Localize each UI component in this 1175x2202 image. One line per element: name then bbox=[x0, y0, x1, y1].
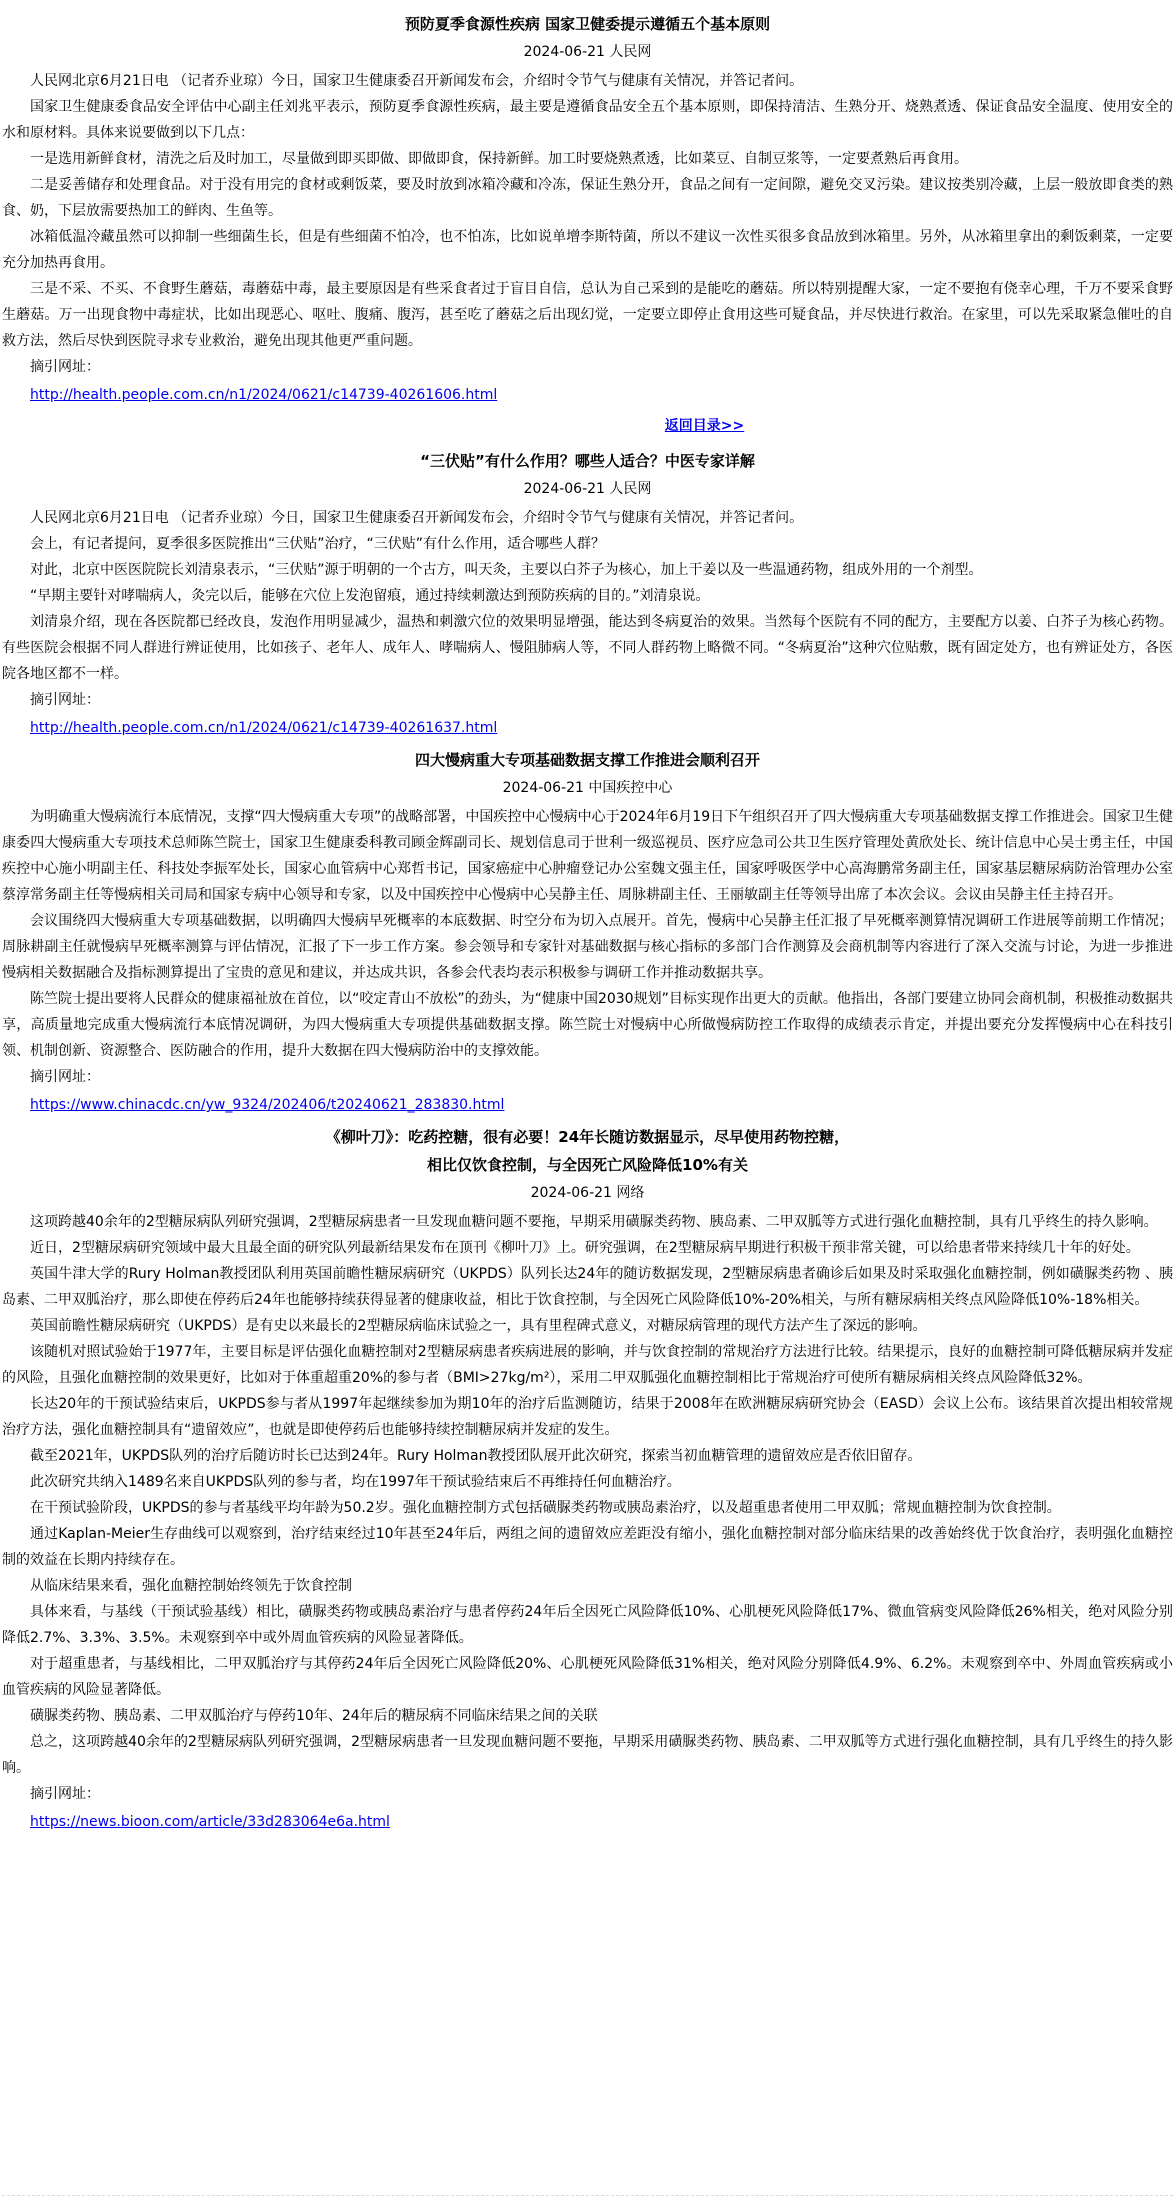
source-label: 摘引网址： bbox=[2, 1064, 1173, 1091]
article-paragraph: 总之，这项跨越40余年的2型糖尿病队列研究强调，2型糖尿病患者一旦发现血糖问题不… bbox=[2, 1729, 1173, 1781]
article-paragraph: 英国牛津大学的Rury Holman教授团队利用英国前瞻性糖尿病研究（UKPDS… bbox=[2, 1261, 1173, 1313]
article-paragraph: 人民网北京6月21日电 （记者乔业琼）今日，国家卫生健康委召开新闻发布会，介绍时… bbox=[2, 505, 1173, 531]
source-label: 摘引网址： bbox=[2, 687, 1173, 714]
source-link-line: http://health.people.com.cn/n1/2024/0621… bbox=[2, 381, 1173, 409]
article-paragraph: 国家卫生健康委食品安全评估中心副主任刘兆平表示，预防夏季食源性疾病，最主要是遵循… bbox=[2, 94, 1173, 146]
article-paragraph: 该随机对照试验始于1977年，主要目标是评估强化血糖控制对2型糖尿病患者疾病进展… bbox=[2, 1339, 1173, 1391]
article-paragraph: 人民网北京6月21日电 （记者乔业琼）今日，国家卫生健康委召开新闻发布会，介绍时… bbox=[2, 68, 1173, 94]
article-paragraph: 会上，有记者提问，夏季很多医院推出“三伏贴”治疗，“三伏贴”有什么作用，适合哪些… bbox=[2, 531, 1173, 557]
source-link[interactable]: https://www.chinacdc.cn/yw_9324/202406/t… bbox=[30, 1097, 504, 1113]
article-title: “三伏贴”有什么作用？哪些人适合？中医专家详解 bbox=[2, 447, 1173, 475]
article-food-safety: 预防夏季食源性疾病 国家卫健委提示遵循五个基本原则 2024-06-21 人民网… bbox=[2, 6, 1173, 409]
article-lancet-ukpds: 《柳叶刀》：吃药控糖，很有必要！24年长随访数据显示，尽早使用药物控糖， 相比仅… bbox=[2, 1119, 1173, 1836]
source-link[interactable]: http://health.people.com.cn/n1/2024/0621… bbox=[30, 720, 497, 736]
article-date: 2024-06-21 人民网 bbox=[2, 38, 1173, 66]
source-link-line: http://health.people.com.cn/n1/2024/0621… bbox=[2, 714, 1173, 742]
article-paragraph: 会议围绕四大慢病重大专项基础数据，以明确四大慢病早死概率的本底数据、时空分布为切… bbox=[2, 908, 1173, 986]
article-paragraph: 陈竺院士提出要将人民群众的健康福祉放在首位，以“咬定青山不放松”的劲头，为“健康… bbox=[2, 986, 1173, 1064]
article-title-line-2: 相比仅饮食控制，与全因死亡风险降低10%有关 bbox=[2, 1151, 1173, 1179]
article-paragraph: 二是妥善储存和处理食品。对于没有用完的食材或剩饭菜，要及时放到冰箱冷藏和冷冻，保… bbox=[2, 172, 1173, 224]
article-date: 2024-06-21 网络 bbox=[2, 1179, 1173, 1207]
article-paragraph: “早期主要针对哮喘病人，灸完以后，能够在穴位上发泡留痕，通过持续刺激达到预防疾病… bbox=[2, 583, 1173, 609]
article-paragraph: 从临床结果来看，强化血糖控制始终领先于饮食控制 bbox=[2, 1573, 1173, 1599]
back-to-toc-row: 返回目录>> bbox=[2, 411, 1173, 441]
article-sanfutie: “三伏贴”有什么作用？哪些人适合？中医专家详解 2024-06-21 人民网 人… bbox=[2, 443, 1173, 742]
page-break-line bbox=[2, 2195, 1173, 2196]
article-paragraph: 具体来看，与基线（干预试验基线）相比，磺脲类药物或胰岛素治疗与患者停药24年后全… bbox=[2, 1599, 1173, 1651]
article-paragraph: 这项跨越40余年的2型糖尿病队列研究强调，2型糖尿病患者一旦发现血糖问题不要拖，… bbox=[2, 1209, 1173, 1235]
source-label: 摘引网址： bbox=[2, 1781, 1173, 1808]
article-paragraph: 磺脲类药物、胰岛素、二甲双胍治疗与停药10年、24年后的糖尿病不同临床结果之间的… bbox=[2, 1703, 1173, 1729]
article-paragraph: 对于超重患者，与基线相比，二甲双胍治疗与其停药24年后全因死亡风险降低20%、心… bbox=[2, 1651, 1173, 1703]
article-paragraph: 长达20年的干预试验结束后，UKPDS参与者从1997年起继续参加为期10年的治… bbox=[2, 1391, 1173, 1443]
article-cdc-meeting: 四大慢病重大专项基础数据支撑工作推进会顺利召开 2024-06-21 中国疾控中… bbox=[2, 742, 1173, 1119]
article-title-line-1: 《柳叶刀》：吃药控糖，很有必要！24年长随访数据显示，尽早使用药物控糖， bbox=[2, 1123, 1173, 1151]
source-link[interactable]: http://health.people.com.cn/n1/2024/0621… bbox=[30, 387, 497, 403]
article-paragraph: 近日，2型糖尿病研究领域中最大且最全面的研究队列最新结果发布在顶刊《柳叶刀》上。… bbox=[2, 1235, 1173, 1261]
article-paragraph: 冰箱低温冷藏虽然可以抑制一些细菌生长，但是有些细菌不怕冷，也不怕冻，比如说单增李… bbox=[2, 224, 1173, 276]
news-digest-page: 预防夏季食源性疾病 国家卫健委提示遵循五个基本原则 2024-06-21 人民网… bbox=[0, 0, 1175, 2196]
article-date: 2024-06-21 人民网 bbox=[2, 475, 1173, 503]
source-link[interactable]: https://news.bioon.com/article/33d283064… bbox=[30, 1814, 390, 1830]
article-paragraph: 对此，北京中医医院院长刘清泉表示，“三伏贴”源于明朝的一个古方，叫天灸，主要以白… bbox=[2, 557, 1173, 583]
article-title: 预防夏季食源性疾病 国家卫健委提示遵循五个基本原则 bbox=[2, 10, 1173, 38]
article-title: 四大慢病重大专项基础数据支撑工作推进会顺利召开 bbox=[2, 746, 1173, 774]
article-paragraph: 三是不采、不买、不食野生蘑菇，毒蘑菇中毒，最主要原因是有些采食者过于盲目自信，总… bbox=[2, 276, 1173, 354]
article-paragraph: 截至2021年，UKPDS队列的治疗后随访时长已达到24年。Rury Holma… bbox=[2, 1443, 1173, 1469]
article-paragraph: 英国前瞻性糖尿病研究（UKPDS）是有史以来最长的2型糖尿病临床试验之一，具有里… bbox=[2, 1313, 1173, 1339]
source-label: 摘引网址： bbox=[2, 354, 1173, 381]
source-link-line: https://www.chinacdc.cn/yw_9324/202406/t… bbox=[2, 1091, 1173, 1119]
article-paragraph: 为明确重大慢病流行本底情况，支撑“四大慢病重大专项”的战略部署，中国疾控中心慢病… bbox=[2, 804, 1173, 908]
article-paragraph: 此次研究共纳入1489名来自UKPDS队列的参与者，均在1997年干预试验结束后… bbox=[2, 1469, 1173, 1495]
article-paragraph: 在干预试验阶段，UKPDS的参与者基线平均年龄为50.2岁。强化血糖控制方式包括… bbox=[2, 1495, 1173, 1521]
article-date: 2024-06-21 中国疾控中心 bbox=[2, 774, 1173, 802]
article-paragraph: 通过Kaplan-Meier生存曲线可以观察到，治疗结束经过10年甚至24年后，… bbox=[2, 1521, 1173, 1573]
article-paragraph: 刘清泉介绍，现在各医院都已经改良，发泡作用明显减少，温热和刺激穴位的效果明显增强… bbox=[2, 609, 1173, 687]
source-link-line: https://news.bioon.com/article/33d283064… bbox=[2, 1808, 1173, 1836]
article-paragraph: 一是选用新鲜食材，清洗之后及时加工，尽量做到即买即做、即做即食，保持新鲜。加工时… bbox=[2, 146, 1173, 172]
back-to-toc-link[interactable]: 返回目录>> bbox=[665, 418, 744, 434]
